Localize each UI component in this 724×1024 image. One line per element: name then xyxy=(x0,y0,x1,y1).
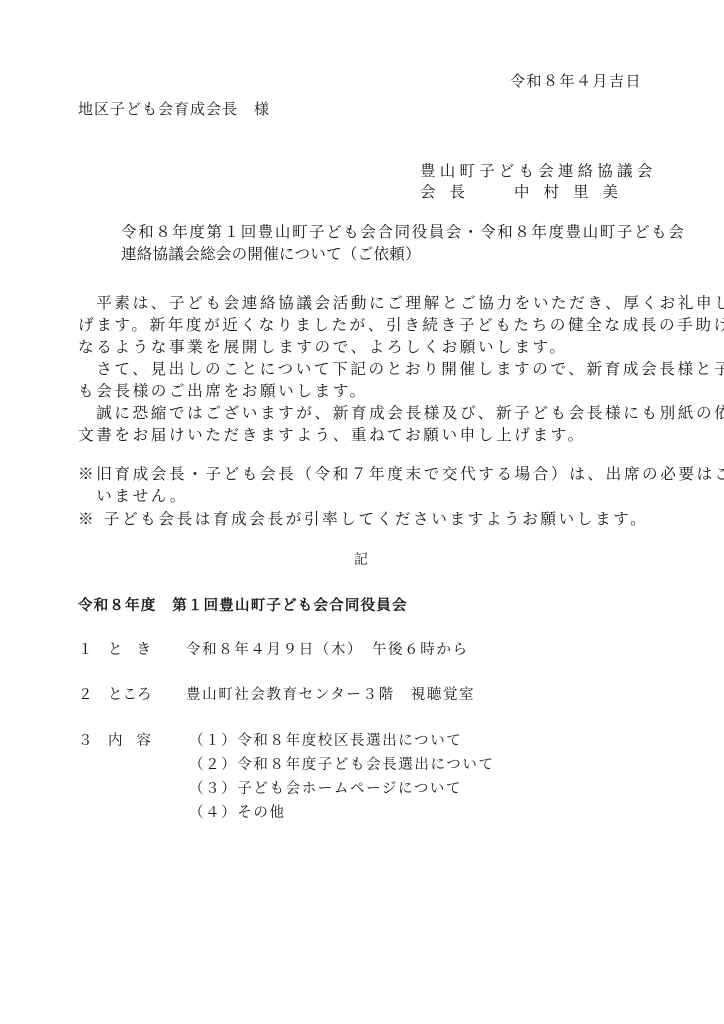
body-line: げます。新年度が近くなりましたが、引き続き子どもたちの健全な成長の手助けと xyxy=(78,313,724,335)
body-line: 平素は、子ども会連絡協議会活動にご理解とご協力をいただき、厚くお礼申し上 xyxy=(78,291,724,313)
item-label: とき xyxy=(108,638,186,659)
sender-role: 会長 xyxy=(420,180,492,202)
item-label: ところ xyxy=(108,683,186,704)
body-line: なるような事業を展開しますので、よろしくお願いします。 xyxy=(78,335,568,357)
meeting-heading: 令和８年度 第１回豊山町子ども会合同役員会 xyxy=(78,594,408,615)
document-title-line-2: 連絡協議会総会の開催について（ご依頼） xyxy=(121,242,421,264)
document-title-line-1: 令和８年度第１回豊山町子ども会合同役員会・令和８年度豊山町子ども会 xyxy=(121,220,685,242)
ki-heading: 記 xyxy=(354,549,368,569)
note-line: ※ 子ども会長は育成会長が引率してくださいますようお願いします。 xyxy=(78,507,648,529)
agenda-item: （３）子ども会ホームページについて xyxy=(189,777,462,798)
agenda-item: （４）その他 xyxy=(189,801,286,822)
agenda-item: （１）令和８年度校区長選出について xyxy=(189,729,462,750)
body-line: 文書をお届けいただきますよう、重ねてお願い申し上げます。 xyxy=(78,423,586,445)
body-line: も会長様のご出席をお願いします。 xyxy=(78,379,368,401)
sender-name: 中村里美 xyxy=(514,180,632,202)
item-number: １ xyxy=(78,638,108,659)
sender-signature: 会長中村里美 xyxy=(420,180,632,202)
item-number: ２ xyxy=(78,683,108,704)
meeting-item-place: ２ところ豊山町社会教育センター３階 視聴覚室 xyxy=(78,683,475,704)
meeting-item-content: ３内容 xyxy=(78,729,186,750)
sender-organization: 豊山町子ども会連絡協議会 xyxy=(420,159,656,181)
body-line: 誠に恐縮ではございますが、新育成会長様及び、新子ども会長様にも別紙の依頼 xyxy=(78,401,724,423)
note-line: いません。 xyxy=(78,484,188,506)
item-value: 豊山町社会教育センター３階 視聴覚室 xyxy=(186,683,475,704)
agenda-item: （２）令和８年度子ども会長選出について xyxy=(189,753,495,774)
note-line: ※旧育成会長・子ども会長（令和７年度末で交代する場合）は、出席の必要はござ xyxy=(78,462,724,484)
item-number: ３ xyxy=(78,729,108,750)
item-value: 令和８年４月９日（木） 午後６時から xyxy=(186,638,469,659)
item-label: 内容 xyxy=(108,729,186,750)
issue-date: 令和８年４月吉日 xyxy=(510,70,642,91)
addressee: 地区子ども会育成会長 様 xyxy=(78,98,270,119)
meeting-item-time: １とき令和８年４月９日（木） 午後６時から xyxy=(78,638,469,659)
body-line: さて、見出しのことについて下記のとおり開催しますので、新育成会長様と子ど xyxy=(78,357,724,379)
